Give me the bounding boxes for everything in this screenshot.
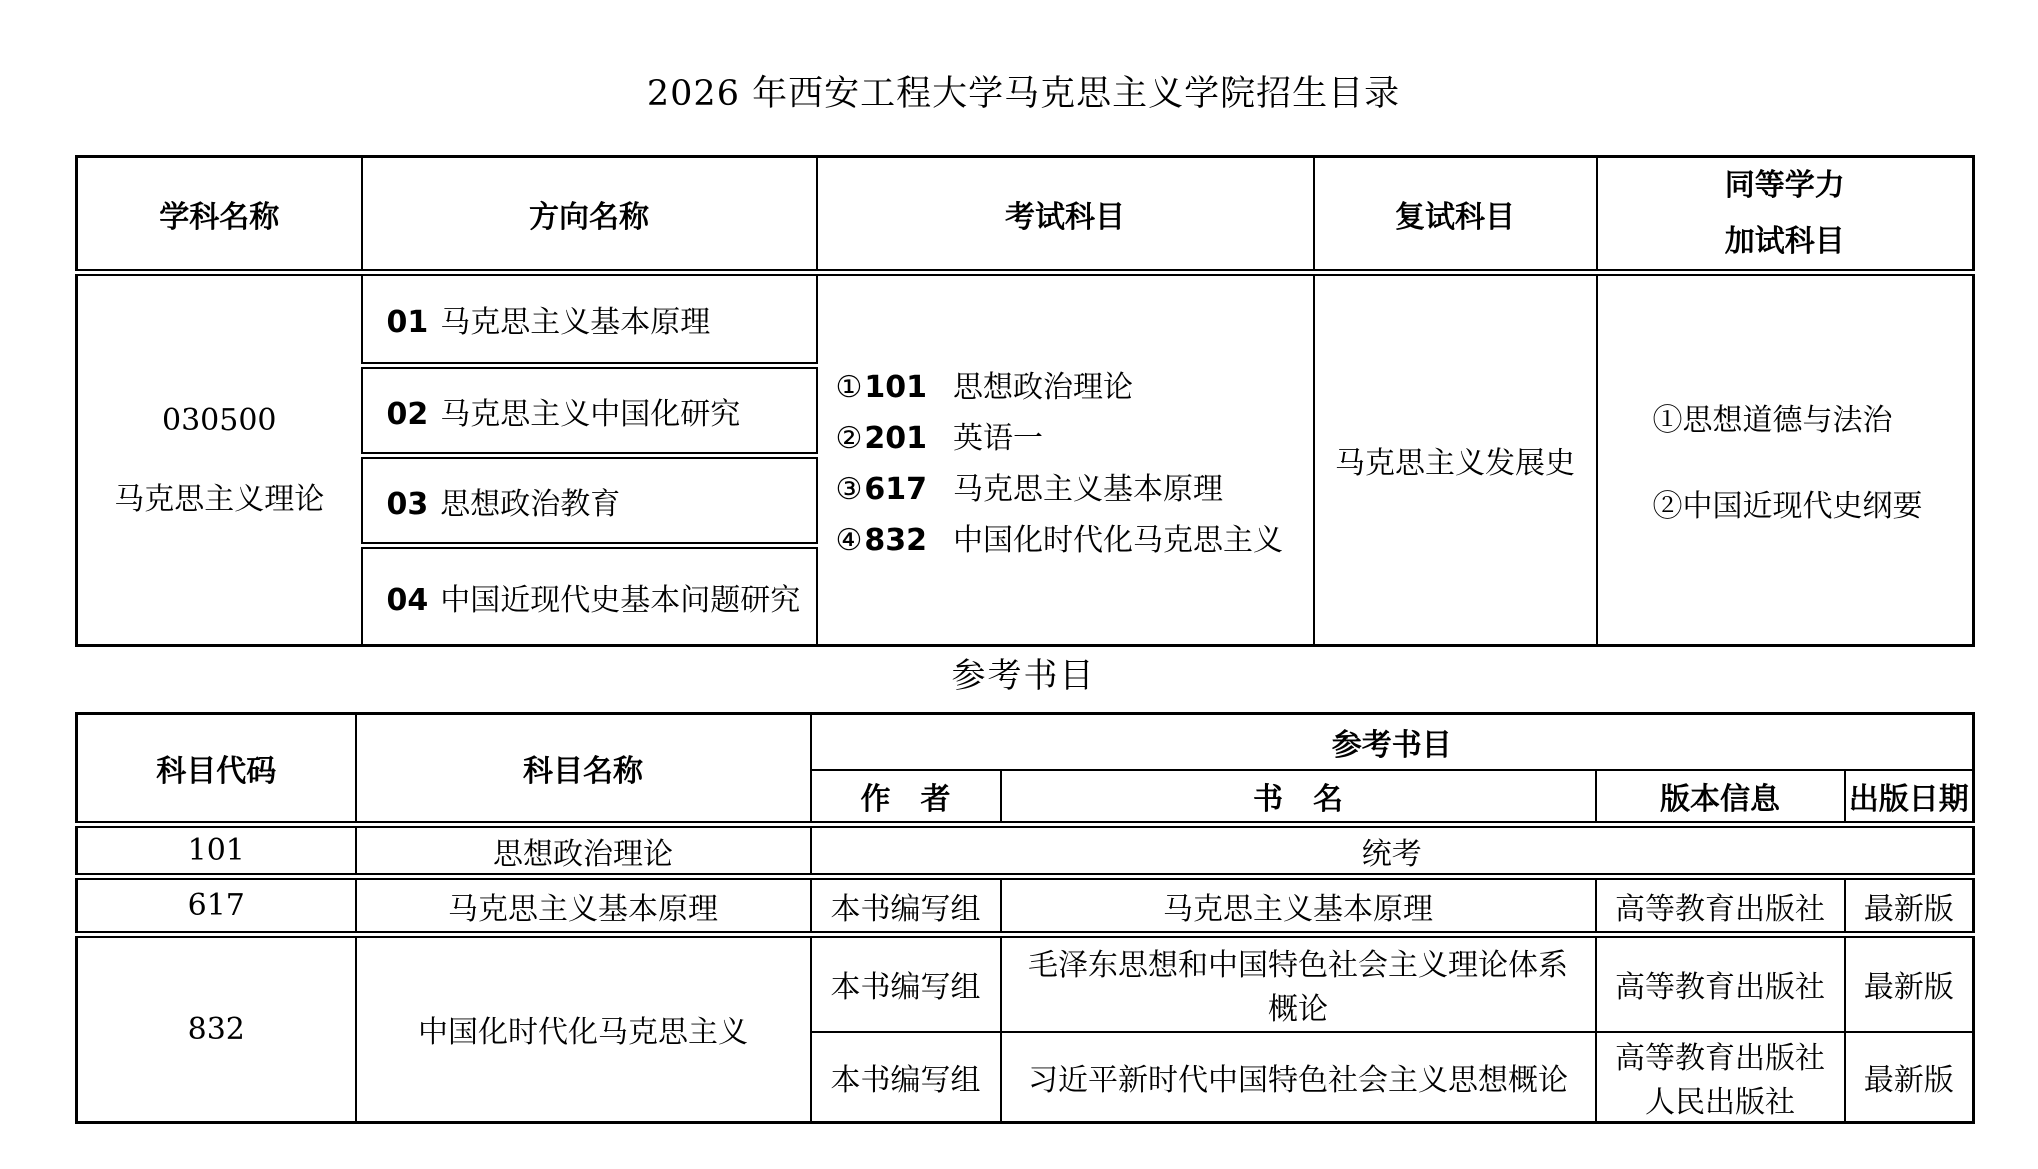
header-publish-date: 出版日期	[1845, 770, 1974, 825]
header-exam-subjects: 考试科目	[817, 157, 1314, 273]
author-832a: 本书编写组	[811, 935, 1001, 1032]
exam-subject-line: ①101思想政治理论	[836, 362, 1313, 406]
exam-code: 832	[864, 523, 927, 558]
direction-num: 03	[387, 487, 429, 522]
exam-name: 中国化时代化马克思主义	[953, 523, 1283, 558]
unified-exam-cell: 统考	[811, 825, 1974, 877]
subject-name-617: 马克思主义基本原理	[356, 877, 811, 935]
equivalency-subject-2: ②中国近现代史纲要	[1653, 481, 1973, 525]
edition-832a: 最新版	[1845, 935, 1974, 1032]
header-edition-info: 版本信息	[1596, 770, 1845, 825]
subject-code-101: 101	[77, 825, 356, 877]
exam-prefix: ③	[836, 472, 863, 507]
reference-section-title: 参考书目	[75, 648, 1972, 697]
reference-row-101: 101 思想政治理论 统考	[77, 825, 1974, 877]
direction-name: 中国近现代史基本问题研究	[440, 583, 800, 618]
header-retest-subjects: 复试科目	[1314, 157, 1597, 273]
exam-name: 思想政治理论	[953, 370, 1133, 405]
header-reference-books: 参考书目	[811, 714, 1974, 770]
header-subject-name: 学科名称	[77, 157, 362, 273]
exam-subjects-cell: ①101思想政治理论 ②201英语一 ③617马克思主义基本原理 ④832中国化…	[817, 273, 1314, 646]
equivalency-subject-1: ①思想道德与法治	[1653, 395, 1973, 439]
subject-name: 马克思主义理论	[78, 474, 361, 518]
retest-subject-cell: 马克思主义发展史	[1314, 273, 1597, 646]
reference-table: 科目代码 科目名称 参考书目 作 者 书 名 版本信息 出版日期 101 思想政…	[75, 712, 1975, 1124]
direction-cell-04: 04中国近现代史基本问题研究	[362, 546, 817, 646]
header-equivalency-subjects: 同等学力 加试科目	[1597, 157, 1974, 273]
edition-832b: 最新版	[1845, 1032, 1974, 1123]
subject-name-832: 中国化时代化马克思主义	[356, 935, 811, 1123]
exam-code: 101	[864, 370, 927, 405]
edition-617: 最新版	[1845, 877, 1974, 935]
exam-subject-line: ④832中国化时代化马克思主义	[836, 515, 1313, 559]
equivalency-subjects-cell: ①思想道德与法治 ②中国近现代史纲要	[1597, 273, 1974, 646]
exam-name: 英语一	[953, 421, 1043, 456]
header-direction-name: 方向名称	[362, 157, 817, 273]
exam-subject-line: ③617马克思主义基本原理	[836, 464, 1313, 508]
header-subject-name: 科目名称	[356, 714, 811, 825]
author-832b: 本书编写组	[811, 1032, 1001, 1123]
reference-row-832a: 832 中国化时代化马克思主义 本书编写组 毛泽东思想和中国特色社会主义理论体系…	[77, 935, 1974, 1032]
book-617: 马克思主义基本原理	[1001, 877, 1596, 935]
admission-table: 学科名称 方向名称 考试科目 复试科目 同等学力 加试科目 030500 马克思…	[75, 155, 1975, 647]
direction-name: 马克思主义中国化研究	[440, 397, 740, 432]
direction-name: 思想政治教育	[440, 487, 620, 522]
direction-num: 04	[387, 583, 429, 618]
exam-prefix: ①	[836, 370, 863, 405]
book-832a: 毛泽东思想和中国特色社会主义理论体系 概论	[1001, 935, 1596, 1032]
exam-code: 201	[864, 421, 927, 456]
header-book-title: 书 名	[1001, 770, 1596, 825]
author-617: 本书编写组	[811, 877, 1001, 935]
publisher-832a: 高等教育出版社	[1596, 935, 1845, 1032]
exam-prefix: ②	[836, 421, 863, 456]
book-832b: 习近平新时代中国特色社会主义思想概论	[1001, 1032, 1596, 1123]
direction-cell-02: 02马克思主义中国化研究	[362, 366, 817, 456]
subject-code-832: 832	[77, 935, 356, 1123]
header-subject-code: 科目代码	[77, 714, 356, 825]
exam-name: 马克思主义基本原理	[953, 472, 1223, 507]
header-author: 作 者	[811, 770, 1001, 825]
publisher-617: 高等教育出版社	[1596, 877, 1845, 935]
direction-cell-03: 03思想政治教育	[362, 456, 817, 546]
document-title: 2026 年西安工程大学马克思主义学院招生目录	[75, 66, 1972, 116]
publisher-832b: 高等教育出版社 人民出版社	[1596, 1032, 1845, 1123]
subject-name-101: 思想政治理论	[356, 825, 811, 877]
subject-code: 030500	[78, 403, 361, 438]
exam-code: 617	[864, 472, 927, 507]
direction-name: 马克思主义基本原理	[440, 305, 710, 340]
exam-subject-line: ②201英语一	[836, 413, 1313, 457]
reference-header-row-1: 科目代码 科目名称 参考书目	[77, 714, 1974, 770]
direction-num: 02	[387, 397, 429, 432]
direction-row-01: 030500 马克思主义理论 01马克思主义基本原理 ①101思想政治理论 ②2…	[77, 273, 1974, 366]
direction-cell-01: 01马克思主义基本原理	[362, 273, 817, 366]
reference-row-617: 617 马克思主义基本原理 本书编写组 马克思主义基本原理 高等教育出版社 最新…	[77, 877, 1974, 935]
subject-cell: 030500 马克思主义理论	[77, 273, 362, 646]
direction-num: 01	[387, 305, 429, 340]
admission-header-row: 学科名称 方向名称 考试科目 复试科目 同等学力 加试科目	[77, 157, 1974, 273]
exam-prefix: ④	[836, 523, 863, 558]
subject-code-617: 617	[77, 877, 356, 935]
